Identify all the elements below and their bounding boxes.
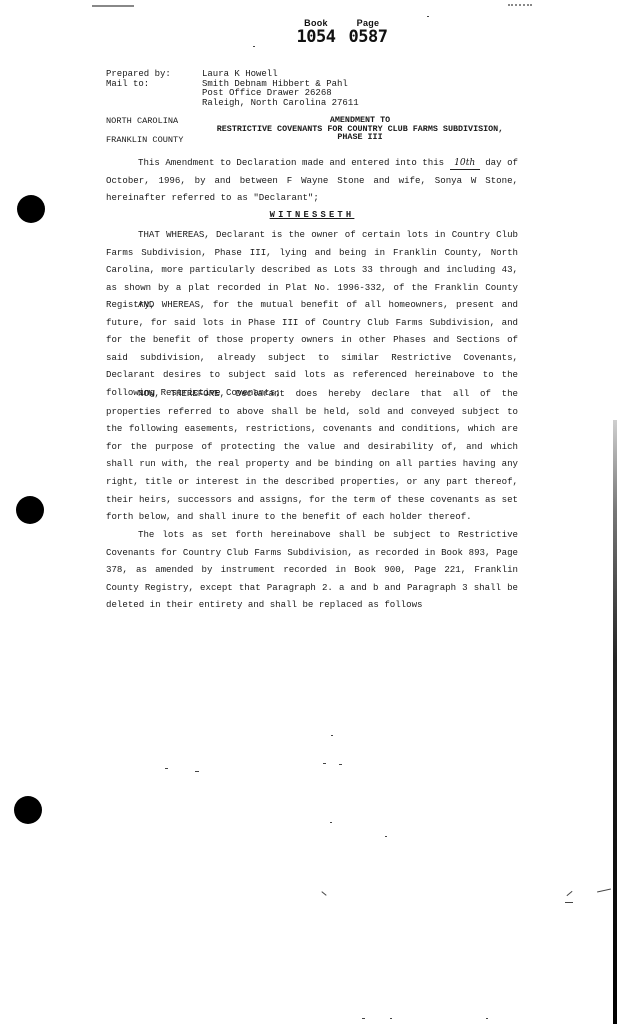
mail-to-address-line2: Raleigh, North Carolina 27611 <box>202 99 359 109</box>
punch-hole-icon <box>16 496 44 524</box>
witnesseth-heading: WITNESSETH <box>106 210 518 220</box>
scan-artifact-dots <box>508 4 532 8</box>
handwritten-day: 10th <box>450 158 480 170</box>
book-number: 1054 <box>296 28 336 46</box>
punch-hole-icon <box>17 195 45 223</box>
book-stamp: Book 1054 <box>296 18 336 46</box>
punch-hole-icon <box>14 796 42 824</box>
scan-artifact-mark <box>92 5 134 7</box>
intro-text-before-date: This Amendment to Declaration made and e… <box>138 157 450 168</box>
scanned-document-page: Book 1054 Page 0587 Prepared by: Laura K… <box>0 0 621 1024</box>
prepared-by-block: Prepared by: Laura K Howell Mail to: Smi… <box>106 70 359 108</box>
therefore-text: NOW, THEREFORE, Declarant does hereby de… <box>106 385 518 526</box>
lots-subject-text: The lots as set forth hereinabove shall … <box>106 526 518 614</box>
page-stamp: Page 0587 <box>347 18 389 46</box>
paragraph-intro: This Amendment to Declaration made and e… <box>106 154 518 207</box>
paragraph-therefore: NOW, THEREFORE, Declarant does hereby de… <box>106 385 518 526</box>
title-line-3: PHASE III <box>200 133 520 142</box>
page-edge-shadow <box>613 420 617 1024</box>
paragraph-lots-subject: The lots as set forth hereinabove shall … <box>106 526 518 614</box>
caption-state: NORTH CAROLINA <box>106 116 178 126</box>
caption-county: FRANKLIN COUNTY <box>106 135 183 145</box>
document-title: AMENDMENT TO RESTRICTIVE COVENANTS FOR C… <box>200 116 520 142</box>
mail-to-label: Mail to: <box>106 80 202 109</box>
page-number: 0587 <box>347 28 389 46</box>
